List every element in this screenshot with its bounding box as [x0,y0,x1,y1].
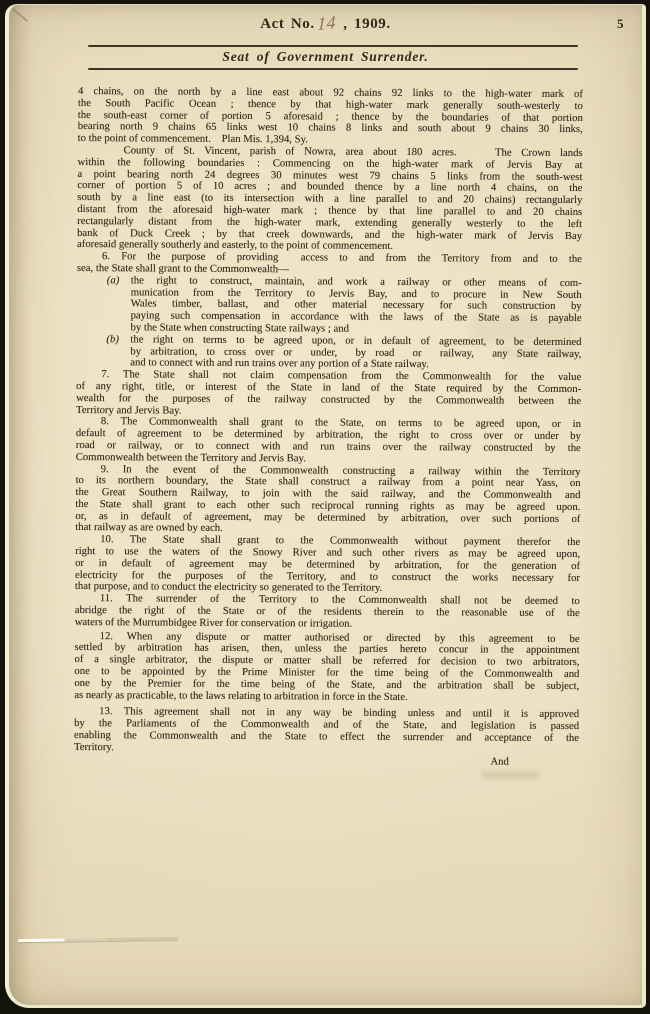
act-title-suffix: , 1909. [337,16,391,32]
horizontal-rule [88,68,578,70]
body-text: 4 chains, on the north by a line east ab… [74,86,583,768]
paragraph: 12. When any dispute or matter authorise… [74,631,579,705]
paragraph: 11. The surrender of the Territory to th… [75,593,580,631]
paper-tear-mark [18,937,178,942]
act-title-prefix: Act No. [260,16,315,32]
paragraph: 9. In the event of the Commonwealth cons… [75,463,580,537]
ink-ghost-smudge [504,347,574,358]
paragraph: County of St. Vincent, parish of Nowra, … [77,145,583,254]
paragraph: 13. This agreement shall not in any way … [74,706,579,756]
paragraph: 10. The State shall grant to the Commonw… [75,534,580,596]
act-title: Act No.14 , 1909. [9,16,642,33]
paragraph: 7. The State shall not claim compensatio… [76,369,581,419]
page-content: Act No.14 , 1909. 5 Seat of Government S… [9,5,642,1005]
ink-ghost-smudge [471,315,575,341]
document-subtitle: Seat of Government Surrender. [9,49,642,65]
act-number-handwritten: 14 [317,22,336,24]
document-page: Act No.14 , 1909. 5 Seat of Government S… [5,4,646,1008]
text-line: And [74,754,509,768]
paragraph: 8. The Commonwealth shall grant to the S… [76,416,581,466]
list-marker: (b) [106,334,119,346]
paragraph: 4 chains, on the north by a line east ab… [78,86,583,148]
horizontal-rule [88,45,578,47]
paragraph: And [74,754,579,769]
scan-backdrop: { "document": { "act_title": { "prefix":… [0,0,650,1014]
list-marker: (a) [107,275,120,287]
page-number: 5 [617,16,624,32]
ink-ghost-smudge [481,771,539,779]
